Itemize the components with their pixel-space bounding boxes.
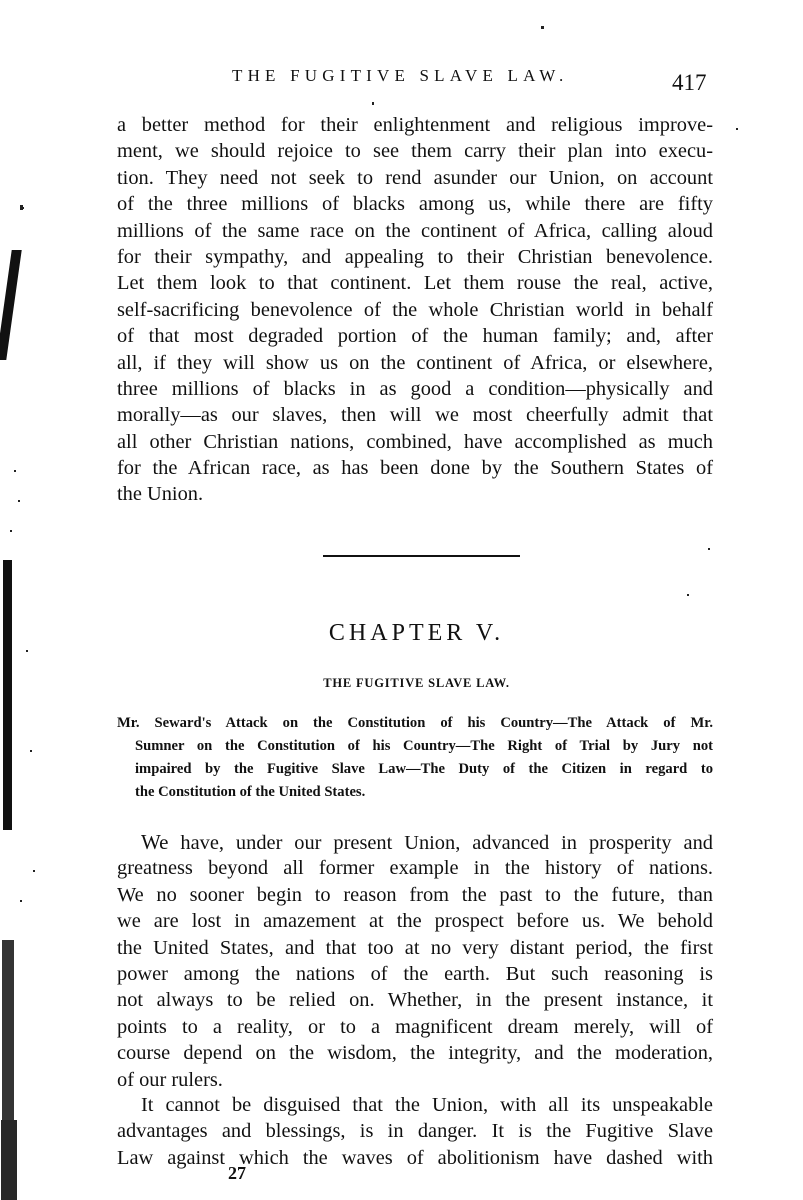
text-line: all other Christian nations, combined, h…: [117, 429, 713, 455]
text-line: greatness beyond all former example in t…: [117, 855, 713, 881]
dropcap-word: We: [141, 830, 168, 854]
stray-mark: [687, 594, 689, 596]
signature-mark: 27: [228, 1163, 246, 1184]
chapter-title: CHAPTER V.: [0, 620, 803, 647]
book-page: THE FUGITIVE SLAVE LAW. 417 a better met…: [0, 0, 803, 1200]
gutter-speck: [20, 900, 22, 902]
text-line: It cannot be disguised that the Union, w…: [117, 1092, 713, 1118]
paragraph-1: We have, under our present Union, advanc…: [117, 829, 713, 1093]
text-line: advantages and blessings, is in danger. …: [117, 1118, 713, 1144]
synopsis-line: the Constitution of the United States.: [117, 781, 713, 804]
gutter-streak: [2, 940, 14, 1120]
text-line: not always to be relied on. Whether, in …: [117, 987, 713, 1013]
gutter-speck: [14, 470, 16, 472]
text-line: We no sooner begin to reason from the pa…: [117, 882, 713, 908]
text-line: we are lost in amazement at the prospect…: [117, 908, 713, 934]
first-line-text: have, under our present Union, advanced …: [168, 832, 713, 854]
gutter-speck: [26, 650, 28, 652]
synopsis-line: Sumner on the Constitution of his Countr…: [117, 735, 713, 758]
gutter-streak: [1, 1120, 17, 1200]
text-line: for their sympathy, and appealing to the…: [117, 244, 713, 270]
text-line: morally—as our slaves, then will we most…: [117, 402, 713, 428]
stray-mark: [708, 548, 710, 550]
gutter-speck: [10, 530, 12, 532]
gutter-streak: [3, 560, 12, 830]
text-line: power among the nations of the earth. Bu…: [117, 961, 713, 987]
page-number: 417: [672, 70, 707, 96]
chapter-subtitle: THE FUGITIVE SLAVE LAW.: [0, 676, 803, 691]
synopsis-line: impaired by the Fugitive Slave Law—The D…: [117, 758, 713, 781]
text-line-first: We have, under our present Union, advanc…: [117, 829, 713, 855]
stray-mark: [541, 26, 544, 29]
chapter-synopsis: Mr. Seward's Attack on the Constitution …: [117, 712, 713, 804]
text-line: Law against which the waves of abolition…: [117, 1145, 713, 1171]
gutter-streak: [0, 250, 22, 360]
section-divider-rule: [323, 555, 520, 557]
text-line: the Union.: [117, 481, 713, 507]
text-line: points to a reality, or to a magnificent…: [117, 1014, 713, 1040]
text-line: tion. They need not seek to rend asunder…: [117, 165, 713, 191]
paragraph-2: It cannot be disguised that the Union, w…: [117, 1092, 713, 1171]
text-line: Let them look to that continent. Let the…: [117, 270, 713, 296]
scan-gutter-shadow: [0, 0, 40, 1200]
text-line: of our rulers.: [117, 1067, 713, 1093]
gutter-speck: [18, 500, 20, 502]
gutter-speck: [30, 750, 32, 752]
stray-mark: [736, 128, 738, 130]
text-line: of that most degraded portion of the hum…: [117, 323, 713, 349]
text-line: self-sacrificing benevolence of the whol…: [117, 297, 713, 323]
stray-mark: [20, 205, 23, 210]
gutter-speck: [33, 870, 35, 872]
text-line: course depend on the wisdom, the integri…: [117, 1040, 713, 1066]
synopsis-line: Mr. Seward's Attack on the Constitution …: [117, 712, 713, 735]
text-line: millions of the same race on the contine…: [117, 218, 713, 244]
running-head-title: THE FUGITIVE SLAVE LAW.: [232, 66, 568, 86]
text-line: for the African race, as has been done b…: [117, 455, 713, 481]
text-line: of the three millions of blacks among us…: [117, 191, 713, 217]
text-line: the United States, and that too at no ve…: [117, 935, 713, 961]
text-line: three millions of blacks in as good a co…: [117, 376, 713, 402]
text-line: ment, we should rejoice to see them carr…: [117, 138, 713, 164]
text-line: all, if they will show us on the contine…: [117, 350, 713, 376]
stray-mark: [372, 102, 374, 105]
text-line: a better method for their enlightenment …: [117, 112, 713, 138]
continued-paragraph: a better method for their enlightenment …: [117, 112, 713, 508]
